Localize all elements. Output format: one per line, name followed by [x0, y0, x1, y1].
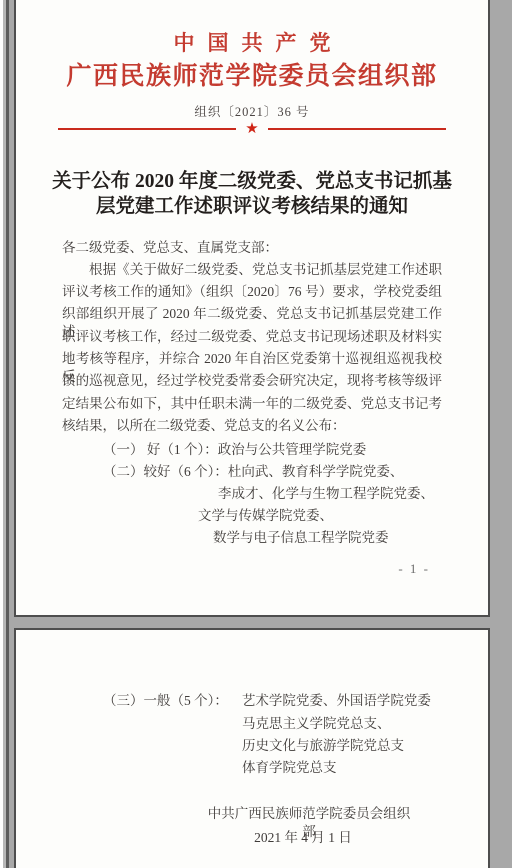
list-item-label: （三）一般（5 个）：: [103, 693, 228, 708]
doc-number: 组织〔2021〕36 号: [16, 102, 488, 120]
red-divider-left: [58, 128, 236, 130]
document-title-line1: 关于公布 2020 年度二级党委、党总支书记抓基: [46, 169, 458, 194]
paragraph-line: 馈的巡视意见，经过学校党委常委会研究决定，现将考核等级评: [62, 372, 442, 390]
viewer-right-margin: [490, 0, 512, 868]
red-divider: ★: [58, 124, 446, 134]
list-item-continuation: 文学与传媒学院党委、: [198, 507, 333, 525]
list-item-grade-average: （三）一般（5 个）：艺术学院党委、外国语学院党委: [103, 692, 431, 710]
paragraph-line: 职评议考核工作，经过二级党委、党总支书记现场述职及材料实: [62, 328, 442, 346]
document-title-line2: 层党建工作述职评议考核结果的通知: [46, 194, 458, 219]
list-item-grade-better: （二）较好（6 个）：杜向武、教育科学学院党委、: [103, 463, 403, 481]
list-item-grade-good: （一） 好（1 个）：政治与公共管理学院党委: [103, 441, 366, 459]
signature-date: 2021 年 4 月 1 日: [196, 829, 410, 847]
list-item-continuation: 李成才、化学与生物工程学院党委、: [218, 485, 434, 503]
red-divider-right: [268, 128, 446, 130]
document-title: 关于公布 2020 年度二级党委、党总支书记抓基 层党建工作述职评议考核结果的通…: [46, 169, 458, 219]
salutation: 各二级党委、党总支、直属党支部：: [62, 239, 442, 257]
list-item-continuation: 数学与电子信息工程学院党委: [213, 529, 389, 547]
paragraph-line: 核结果，以所在二级党委、党总支的名义公布：: [62, 417, 442, 435]
list-item-continuation: 历史文化与旅游学院党总支: [242, 737, 404, 755]
page-1: 中国共产党 广西民族师范学院委员会组织部 组织〔2021〕36 号 ★ 关于公布…: [14, 0, 490, 617]
paragraph-line: 根据《关于做好二级党委、党总支书记抓基层党建工作述职: [62, 261, 442, 279]
list-item-value: 艺术学院党委、外国语学院党委: [242, 693, 431, 708]
page-2: （三）一般（5 个）：艺术学院党委、外国语学院党委 马克思主义学院党总支、 历史…: [14, 628, 490, 868]
document-viewer[interactable]: 中国共产党 广西民族师范学院委员会组织部 组织〔2021〕36 号 ★ 关于公布…: [0, 0, 512, 868]
list-item-continuation: 体育学院党总支: [242, 759, 337, 777]
star-icon: ★: [245, 124, 258, 134]
page-gap: [9, 617, 512, 628]
paragraph-line: 定结果公布如下，其中任职未满一年的二级党委、党总支书记考: [62, 395, 442, 413]
org-name-heading: 广西民族师范学院委员会组织部: [16, 56, 488, 92]
page-number: - 1 -: [398, 561, 430, 577]
list-item-continuation: 马克思主义学院党总支、: [242, 715, 391, 733]
paragraph-line: 评议考核工作的通知》（组织〔2020〕76 号）要求，学校党委组: [62, 283, 442, 301]
party-name-heading: 中国共产党: [16, 27, 488, 57]
